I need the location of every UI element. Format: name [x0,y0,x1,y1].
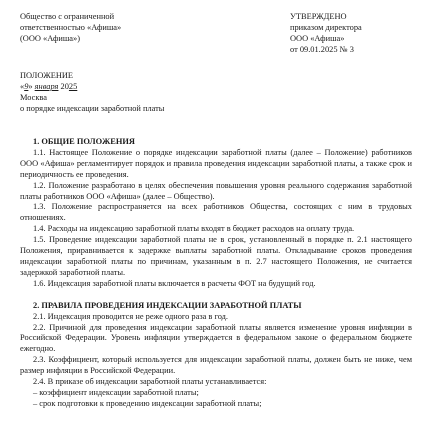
document-title-block: ПОЛОЖЕНИЕ «9» января 2025 Москва о поряд… [20,71,270,115]
date-year-prefix: 20 [58,82,68,91]
document-body: 1. ОБЩИЕ ПОЛОЖЕНИЯ 1.1. Настоящее Положе… [20,137,412,410]
list-item: – срок подготовки к проведению индексаци… [20,399,412,410]
approval-line: УТВЕРЖДЕНО [290,12,420,23]
org-line: ответственностью «Афиша» [20,23,220,34]
paragraph-1-1: 1.1. Настоящее Положение о порядке индек… [20,148,412,181]
date-year-suffix: 25 [69,82,77,91]
paragraph-2-4: 2.4. В приказе об индексации заработной … [20,377,412,388]
paragraph-1-2: 1.2. Положение разработано в целях обесп… [20,181,412,203]
org-line: Общество с ограниченной [20,12,220,23]
section-heading: 1. ОБЩИЕ ПОЛОЖЕНИЯ [20,137,412,148]
approval-stamp-block: УТВЕРЖДЕНО приказом директора ООО «Афиша… [290,12,420,56]
document-subject: о порядке индексации заработной платы [20,104,270,115]
section-heading: 2. ПРАВИЛА ПРОВЕДЕНИЯ ИНДЕКСАЦИИ ЗАРАБОТ… [20,301,412,312]
org-line: (ООО «Афиша») [20,34,220,45]
document-type: ПОЛОЖЕНИЕ [20,71,270,82]
organization-name-block: Общество с ограниченной ответственностью… [20,12,220,45]
paragraph-1-3: 1.3. Положение распространяется на всех … [20,202,412,224]
paragraph-1-5: 1.5. Проведение индексации заработной пл… [20,235,412,279]
section-spacer [20,290,412,301]
document-page: Общество с ограниченной ответственностью… [0,0,431,442]
date-month: января [35,82,59,91]
paragraph-1-6: 1.6. Индексация заработной платы включае… [20,279,412,290]
approval-line: от 09.01.2025 № 3 [290,45,420,56]
paragraph-1-4: 1.4. Расходы на индексацию заработной пл… [20,224,412,235]
approval-line: приказом директора [290,23,420,34]
document-date: «9» января 2025 [20,82,270,93]
document-city: Москва [20,93,270,104]
paragraph-2-3: 2.3. Коэффициент, который используется д… [20,355,412,377]
approval-line: ООО «Афиша» [290,34,420,45]
paragraph-2-2: 2.2. Причиной для проведения индексации … [20,323,412,356]
list-item: – коэффициент индексации заработной плат… [20,388,412,399]
paragraph-2-1: 2.1. Индексация проводится не реже одног… [20,312,412,323]
